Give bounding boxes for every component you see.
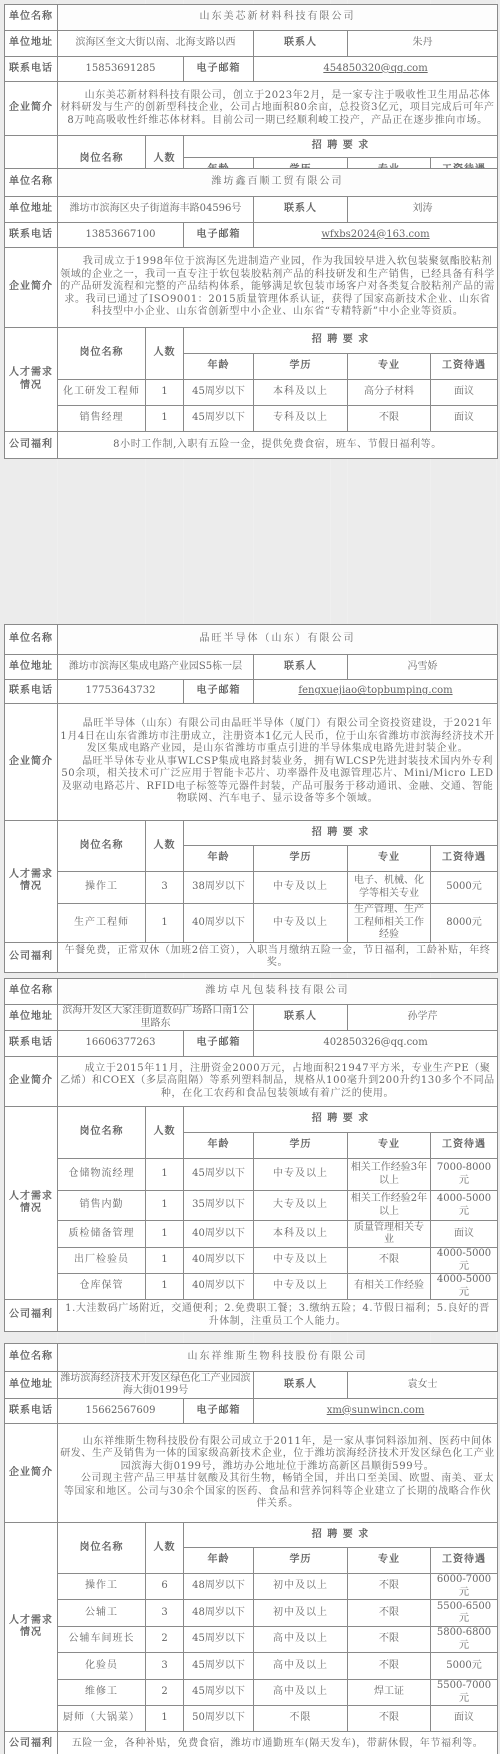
job-row: 质检储备管理140周岁以下本科及以上质量管理相关专业面议 [5,1221,498,1248]
company-address: 潍坊市滨海区集成电路产业园S5栋一层 [58,655,254,680]
job-headcount: 1 [146,1191,184,1221]
job-headcount: 1 [146,904,184,943]
company-name-label: 单位名称 [5,169,58,197]
address-label: 单位地址 [5,1372,58,1399]
company-intro: 成立于2015年11月，注册资金2000万元，占地面积21947平方米，专业生产… [58,1057,498,1107]
contact-person: 袁女士 [348,1372,498,1399]
job-salary: 4000-5000元 [431,1274,498,1300]
intro-paragraph: 晶旺半导体专业从事WLCSP集成电路封装业务，拥有WLCSP先进封装技术国内外专… [60,756,495,806]
job-salary: 5500-7000元 [431,1680,498,1706]
job-age: 45周岁以下 [184,406,254,432]
job-headcount: 3 [146,1653,184,1680]
email-link[interactable]: wfxbs2024@163.com [254,223,498,248]
age-header: 年龄 [184,846,254,872]
company-intro: 我司成立于1998年位于滨海区先进制造产业园，作为我国较早进入软包装聚氨酯胶粘剂… [58,248,498,328]
job-title: 公辅工 [58,1600,146,1627]
job-age: 40周岁以下 [184,1248,254,1274]
benefits-label: 公司福利 [5,942,58,972]
talent-needs-label: 人才需求情况 [5,1523,58,1732]
job-age: 48周岁以下 [184,1600,254,1627]
job-age: 40周岁以下 [184,1221,254,1248]
salary-header: 工资待遇 [431,1133,498,1159]
email-label: 电子邮箱 [184,57,254,82]
phone-label: 联系电话 [5,680,58,704]
intro-paragraph: 公司现主营产品三甲基甘氨酸及其衍生物，畅销全国，并出口至美国、欧盟、南美、亚太等… [60,1473,495,1511]
job-major: 不限 [348,1574,431,1600]
job-row: 公辅工348周岁以下初中及以上不限5500-6500元 [5,1600,498,1627]
talent-needs-label: 人才需求情况 [5,328,58,432]
job-title: 厨师（大锅菜） [58,1706,146,1732]
job-salary: 4000-5000元 [431,1248,498,1274]
job-major: 不限 [348,1248,431,1274]
company-name: 山东祥维斯生物科技股份有限公司 [58,1344,498,1372]
company-benefits: 五险一金，各种补贴，免费食宿，潍坊市通勤班车(隔天发车)，带薪休假，年节福利等。 [58,1732,498,1754]
company-table: 单位名称潍坊卓凡包装科技有限公司单位地址滨海开发区大家洼街道数码广场路口南1公里… [4,978,498,1332]
job-education: 高中及以上 [254,1627,348,1653]
job-age: 38周岁以下 [184,872,254,904]
benefits-label: 公司福利 [5,432,58,459]
company-name-label: 单位名称 [5,1344,58,1372]
job-row: 厨师（大锅菜）150周岁以下不限不限面议 [5,1706,498,1732]
company-name: 潍坊卓凡包装科技有限公司 [58,979,498,1005]
company-card: 单位名称晶旺半导体（山东）有限公司单位地址潍坊市滨海区集成电路产业园S5栋一层联… [4,624,497,973]
phone-label: 联系电话 [5,1399,58,1424]
job-headcount: 1 [146,380,184,406]
job-row: 生产工程师140周岁以下中专及以上生产管理、生产工程师相关工作经验8000元 [5,904,498,943]
company-benefits: 8小时工作制,入职有五险一金，提供免费食宿，班车、节假日福利等。 [58,432,498,459]
contact-person-label: 联系人 [254,197,348,223]
education-header: 学历 [254,1548,348,1574]
company-address: 潍坊滨海经济技术开发区绿色化工产业园滨海大街0199号 [58,1372,254,1399]
job-title: 化工研发工程师 [58,380,146,406]
job-education: 本科及以上 [254,1221,348,1248]
phone-label: 联系电话 [5,57,58,82]
company-name: 山东美芯新材料科技有限公司 [58,5,498,31]
job-age: 35周岁以下 [184,1191,254,1221]
benefits-label: 公司福利 [5,1732,58,1754]
intro-paragraph: 山东美芯新材料科技有限公司，创立于2023年2月，是一家专注于吸收性卫生用品芯体… [60,90,495,128]
company-address: 潍坊市滨海区央子街道海丰路04596号 [58,197,254,223]
job-title-header: 岗位名称 [58,1107,146,1159]
intro-paragraph: 成立于2015年11月，注册资金2000万元，占地面积21947平方米，专业生产… [60,1063,495,1101]
job-title: 出厂检验员 [58,1248,146,1274]
job-row: 仓储物流经理145周岁以下中专及以上相关工作经验3年以上7000-8000元 [5,1159,498,1191]
age-header: 年龄 [184,1548,254,1574]
job-salary: 5000元 [431,872,498,904]
phone-number: 15662567609 [58,1399,184,1424]
job-salary: 5800-6800元 [431,1627,498,1653]
address-label: 单位地址 [5,1005,58,1031]
job-education: 高中及以上 [254,1653,348,1680]
contact-person: 刘涛 [348,197,498,223]
major-header: 专业 [348,1133,431,1159]
job-title: 仓储物流经理 [58,1159,146,1191]
intro-label: 企业简介 [5,248,58,328]
job-salary: 面议 [431,1221,498,1248]
job-headcount: 1 [146,1274,184,1300]
job-education: 大专及以上 [254,1191,348,1221]
job-headcount: 3 [146,872,184,904]
job-title: 化验员 [58,1653,146,1680]
job-headcount: 1 [146,1706,184,1732]
contact-person-label: 联系人 [254,1005,348,1031]
job-headcount: 1 [146,1221,184,1248]
talent-needs-label: 人才需求情况 [5,1107,58,1300]
job-major: 相关工作经验2年以上 [348,1191,431,1221]
company-card: 单位名称山东祥维斯生物科技股份有限公司单位地址潍坊滨海经济技术开发区绿色化工产业… [4,1343,497,1754]
job-row: 销售经理145周岁以下专科及以上不限面议 [5,406,498,432]
job-age: 40周岁以下 [184,904,254,943]
contact-person: 朱丹 [348,31,498,57]
job-major: 不限 [348,1706,431,1732]
company-card: 单位名称潍坊卓凡包装科技有限公司单位地址滨海开发区大家洼街道数码广场路口南1公里… [4,978,497,1332]
requirements-header: 招 聘 要 求 [184,328,498,354]
requirements-header: 招 聘 要 求 [184,136,498,158]
benefits-label: 公司福利 [5,1300,58,1332]
address-label: 单位地址 [5,197,58,223]
education-header: 学历 [254,354,348,380]
job-age: 45周岁以下 [184,1653,254,1680]
job-salary: 7000-8000元 [431,1159,498,1191]
contact-person-label: 联系人 [254,1372,348,1399]
salary-header: 工资待遇 [431,1548,498,1574]
job-headcount: 1 [146,406,184,432]
intro-paragraph: 我司成立于1998年位于滨海区先进制造产业园，作为我国较早进入软包装聚氨酯胶粘剂… [60,256,495,319]
intro-paragraph: 晶旺半导体（山东）有限公司由晶旺半导体（厦门）有限公司全资投资建设，于2021年… [60,718,495,756]
company-address: 滨海区奎文大街以南、北海支路以西 [58,31,254,57]
phone-number: 16606377263 [58,1031,184,1057]
email-label: 电子邮箱 [184,1399,254,1424]
job-listing-page: 单位名称山东美芯新材料科技有限公司单位地址滨海区奎文大街以南、北海支路以西联系人… [0,0,500,1754]
contact-person: 孙学芹 [348,1005,498,1031]
company-intro: 山东祥维斯生物科技股份有限公司成立于2011年，是一家从事饲料添加剂、医药中间体… [58,1424,498,1523]
job-age: 45周岁以下 [184,1159,254,1191]
job-major: 不限 [348,1600,431,1627]
job-major: 质量管理相关专业 [348,1221,431,1248]
company-name-label: 单位名称 [5,5,58,31]
job-salary: 5000元 [431,1653,498,1680]
age-header: 年龄 [184,354,254,380]
job-education: 中专及以上 [254,904,348,943]
requirements-header: 招 聘 要 求 [184,1523,498,1548]
company-name-label: 单位名称 [5,625,58,655]
phone-number: 17753643732 [58,680,184,704]
email-link[interactable]: fengxuejiao@topbumping.com [254,680,498,704]
company-table: 单位名称晶旺半导体（山东）有限公司单位地址潍坊市滨海区集成电路产业园S5栋一层联… [4,624,498,973]
job-salary: 5500-6500元 [431,1600,498,1627]
job-row: 公辅车间班长245周岁以下高中及以上不限5800-6800元 [5,1627,498,1653]
job-salary: 6000-7000元 [431,1574,498,1600]
email-label: 电子邮箱 [184,680,254,704]
contact-person: 冯雪娇 [348,655,498,680]
email-link[interactable]: xm@sunwincn.com [254,1399,498,1424]
intro-label: 企业简介 [5,1424,58,1523]
job-age: 50周岁以下 [184,1706,254,1732]
job-title-header: 岗位名称 [58,1523,146,1574]
job-headcount: 6 [146,1574,184,1600]
company-name: 晶旺半导体（山东）有限公司 [58,625,498,655]
company-name: 潍坊鑫百顺工贸有限公司 [58,169,498,197]
company-table: 单位名称潍坊鑫百顺工贸有限公司单位地址潍坊市滨海区央子街道海丰路04596号联系… [4,168,498,459]
salary-header: 工资待遇 [431,846,498,872]
phone-number: 13853667100 [58,223,184,248]
job-title: 仓库保管 [58,1274,146,1300]
education-header: 学历 [254,1133,348,1159]
job-education: 不限 [254,1706,348,1732]
company-name-label: 单位名称 [5,979,58,1005]
phone-label: 联系电话 [5,1031,58,1057]
job-education: 高中及以上 [254,1680,348,1706]
job-age: 45周岁以下 [184,1680,254,1706]
job-headcount: 2 [146,1627,184,1653]
job-row: 出厂检验员140周岁以下中专及以上不限4000-5000元 [5,1248,498,1274]
job-age: 40周岁以下 [184,1274,254,1300]
intro-label: 企业简介 [5,1057,58,1107]
job-headcount: 1 [146,1159,184,1191]
address-label: 单位地址 [5,655,58,680]
talent-needs-label: 人才需求情况 [5,821,58,943]
job-row: 销售内勤135周岁以下大专及以上相关工作经验2年以上4000-5000元 [5,1191,498,1221]
job-major: 不限 [348,1653,431,1680]
job-major: 焊工证 [348,1680,431,1706]
job-title-header: 岗位名称 [58,821,146,872]
contact-person-label: 联系人 [254,655,348,680]
job-title: 销售经理 [58,406,146,432]
job-major: 不限 [348,1627,431,1653]
job-major: 电子、机械、化学等相关专业 [348,872,431,904]
headcount-header: 人数 [146,328,184,380]
email-label: 电子邮箱 [184,223,254,248]
company-benefits: 1.大洼数码广场附近，交通便利；2.免费职工餐；3.缴纳五险；4.节假日福利；5… [58,1300,498,1332]
job-row: 化工研发工程师145周岁以下本科及以上高分子材料面议 [5,380,498,406]
job-age: 48周岁以下 [184,1574,254,1600]
job-education: 中专及以上 [254,1274,348,1300]
job-row: 操作工338周岁以下中专及以上电子、机械、化学等相关专业5000元 [5,872,498,904]
job-title: 质检储备管理 [58,1221,146,1248]
job-education: 专科及以上 [254,406,348,432]
job-major: 生产管理、生产工程师相关工作经验 [348,904,431,943]
headcount-header: 人数 [146,821,184,872]
job-major: 有相关工作经验 [348,1274,431,1300]
job-education: 本科及以上 [254,380,348,406]
contact-person-label: 联系人 [254,31,348,57]
job-title: 生产工程师 [58,904,146,943]
job-education: 中专及以上 [254,872,348,904]
job-salary: 面议 [431,406,498,432]
job-title-header: 岗位名称 [58,328,146,380]
company-table: 单位名称山东祥维斯生物科技股份有限公司单位地址潍坊滨海经济技术开发区绿色化工产业… [4,1343,498,1754]
major-header: 专业 [348,846,431,872]
company-intro: 山东美芯新材料科技有限公司，创立于2023年2月，是一家专注于吸收性卫生用品芯体… [58,82,498,136]
job-age: 45周岁以下 [184,380,254,406]
job-education: 初中及以上 [254,1574,348,1600]
company-address: 滨海开发区大家洼街道数码广场路口南1公里路东 [58,1005,254,1031]
job-major: 高分子材料 [348,380,431,406]
major-header: 专业 [348,354,431,380]
job-row: 维修工245周岁以下高中及以上焊工证5500-7000元 [5,1680,498,1706]
job-major: 相关工作经验3年以上 [348,1159,431,1191]
company-card: 单位名称潍坊鑫百顺工贸有限公司单位地址潍坊市滨海区央子街道海丰路04596号联系… [4,168,497,459]
intro-label: 企业简介 [5,704,58,821]
job-headcount: 3 [146,1600,184,1627]
job-row: 操作工648周岁以下初中及以上不限6000-7000元 [5,1574,498,1600]
email-link[interactable]: 454850320@qq.com [254,57,498,82]
phone-number: 15853691285 [58,57,184,82]
job-salary: 面议 [431,380,498,406]
job-headcount: 1 [146,1248,184,1274]
company-intro: 晶旺半导体（山东）有限公司由晶旺半导体（厦门）有限公司全资投资建设，于2021年… [58,704,498,821]
phone-label: 联系电话 [5,223,58,248]
salary-header: 工资待遇 [431,354,498,380]
job-education: 中专及以上 [254,1248,348,1274]
job-age: 45周岁以下 [184,1627,254,1653]
job-row: 仓库保管140周岁以下中专及以上有相关工作经验4000-5000元 [5,1274,498,1300]
headcount-header: 人数 [146,1107,184,1159]
job-education: 初中及以上 [254,1600,348,1627]
headcount-header: 人数 [146,1523,184,1574]
intro-label: 企业简介 [5,82,58,136]
requirements-header: 招 聘 要 求 [184,1107,498,1133]
job-row: 化验员345周岁以下高中及以上不限5000元 [5,1653,498,1680]
address-label: 单位地址 [5,31,58,57]
job-salary: 4000-5000元 [431,1191,498,1221]
requirements-header: 招 聘 要 求 [184,821,498,846]
company-benefits: 午餐免费，正常双休（加班2倍工资），入职当月缴纳五险一金，节日福利，工龄补贴，年… [58,942,498,972]
job-title: 销售内勤 [58,1191,146,1221]
job-major: 不限 [348,406,431,432]
job-salary: 8000元 [431,904,498,943]
education-header: 学历 [254,846,348,872]
intro-paragraph: 山东祥维斯生物科技股份有限公司成立于2011年，是一家从事饲料添加剂、医药中间体… [60,1436,495,1474]
job-education: 中专及以上 [254,1159,348,1191]
job-title: 维修工 [58,1680,146,1706]
major-header: 专业 [348,1548,431,1574]
email-label: 电子邮箱 [184,1031,254,1057]
job-salary: 面议 [431,1706,498,1732]
job-title: 操作工 [58,1574,146,1600]
job-title: 公辅车间班长 [58,1627,146,1653]
job-headcount: 2 [146,1680,184,1706]
job-title: 操作工 [58,872,146,904]
email-link[interactable]: 402850326@qq.com [254,1031,498,1057]
age-header: 年龄 [184,1133,254,1159]
